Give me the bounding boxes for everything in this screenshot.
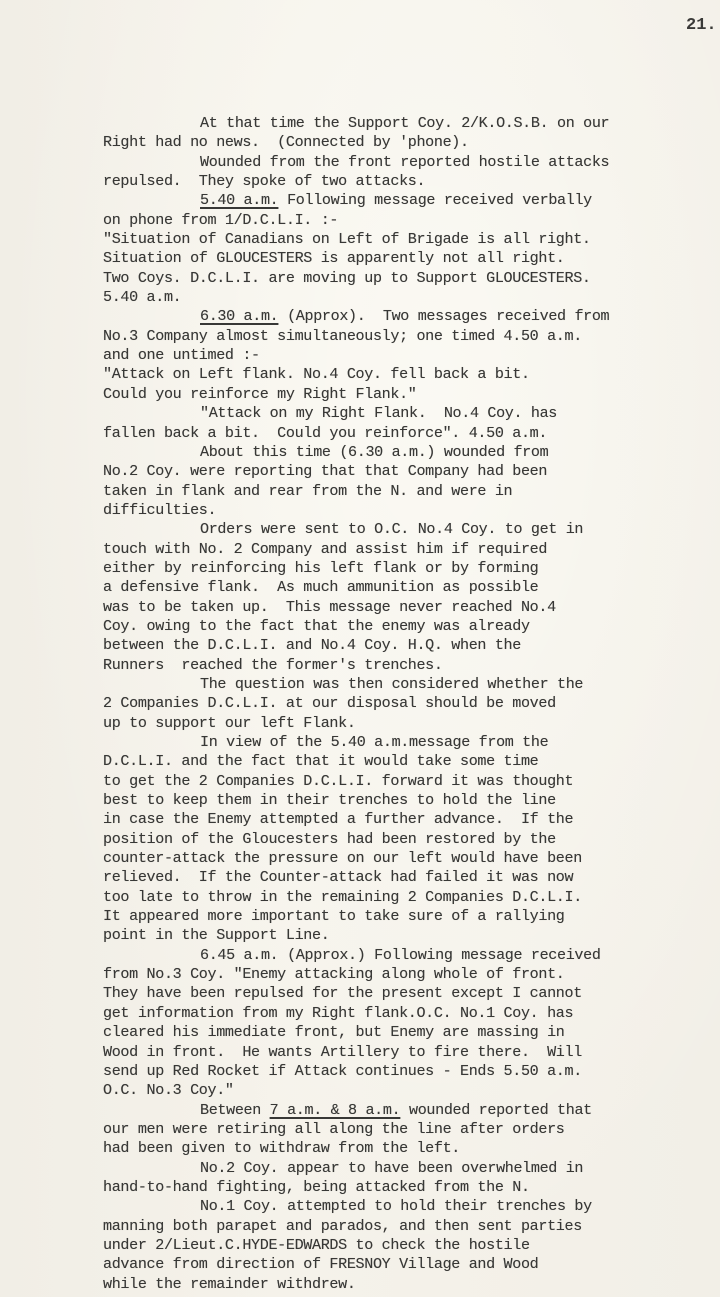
text-segment: "Attack on Left flank. No.4 Coy. fell ba… xyxy=(103,365,530,383)
text-segment: relieved. If the Counter-attack had fail… xyxy=(103,868,573,886)
text-segment: O.C. No.3 Coy." xyxy=(103,1081,234,1099)
text-segment: under 2/Lieut.C.HYDE-EDWARDS to check th… xyxy=(103,1236,530,1254)
text-segment: They have been repulsed for the present … xyxy=(103,984,582,1002)
text-segment: in case the Enemy attempted a further ad… xyxy=(103,810,573,828)
text-segment: get information from my Right flank.O.C.… xyxy=(103,1004,573,1022)
text-line: to get the 2 Companies D.C.L.I. forward … xyxy=(103,772,720,791)
text-segment: Right had no news. (Connected by 'phone)… xyxy=(103,133,469,151)
text-line: touch with No. 2 Company and assist him … xyxy=(103,540,720,559)
text-segment: either by reinforcing his left flank or … xyxy=(103,559,538,577)
text-segment: had been given to withdraw from the left… xyxy=(103,1139,460,1157)
text-line: Wood in front. He wants Artillery to fir… xyxy=(103,1043,720,1062)
text-line: About this time (6.30 a.m.) wounded from xyxy=(103,443,720,462)
underlined-time: 5.40 a.m. xyxy=(200,191,278,209)
text-line: best to keep them in their trenches to h… xyxy=(103,791,720,810)
text-line: fallen back a bit. Could you reinforce".… xyxy=(103,424,720,443)
text-segment: D.C.L.I. and the fact that it would take… xyxy=(103,752,538,770)
text-segment: hand-to-hand fighting, being attacked fr… xyxy=(103,1178,530,1196)
text-line: No.1 Coy. attempted to hold their trench… xyxy=(103,1197,720,1216)
text-segment: No.1 Coy. attempted to hold their trench… xyxy=(200,1197,592,1215)
text-line: Right had no news. (Connected by 'phone)… xyxy=(103,133,720,152)
text-line: Two Coys. D.C.L.I. are moving up to Supp… xyxy=(103,269,720,288)
text-segment: while the remainder withdrew. xyxy=(103,1275,356,1293)
typewritten-body: At that time the Support Coy. 2/K.O.S.B.… xyxy=(103,114,720,1294)
text-segment: 2 Companies D.C.L.I. at our disposal sho… xyxy=(103,694,556,712)
text-line: our men were retiring all along the line… xyxy=(103,1120,720,1139)
text-line: Between 7 a.m. & 8 a.m. wounded reported… xyxy=(103,1101,720,1120)
text-segment: It appeared more important to take sure … xyxy=(103,907,565,925)
paragraph: In view of the 5.40 a.m.message from the… xyxy=(103,733,720,946)
paragraph: No.2 Coy. appear to have been overwhelme… xyxy=(103,1159,720,1198)
text-line: manning both parapet and parados, and th… xyxy=(103,1217,720,1236)
paragraph: 6.45 a.m. (Approx.) Following message re… xyxy=(103,946,720,1101)
paragraph: Wounded from the front reported hostile … xyxy=(103,153,720,192)
text-segment: position of the Gloucesters had been res… xyxy=(103,830,556,848)
text-segment: difficulties. xyxy=(103,501,216,519)
text-line: repulsed. They spoke of two attacks. xyxy=(103,172,720,191)
text-segment: from No.3 Coy. "Enemy attacking along wh… xyxy=(103,965,565,983)
text-line: counter-attack the pressure on our left … xyxy=(103,849,720,868)
text-line: between the D.C.L.I. and No.4 Coy. H.Q. … xyxy=(103,636,720,655)
text-segment: Orders were sent to O.C. No.4 Coy. to ge… xyxy=(200,520,583,538)
text-segment: Could you reinforce my Right Flank." xyxy=(103,385,416,403)
text-line: 6.30 a.m. (Approx). Two messages receive… xyxy=(103,307,720,326)
text-segment: cleared his immediate front, but Enemy a… xyxy=(103,1023,565,1041)
text-line: point in the Support Line. xyxy=(103,926,720,945)
text-line: No.2 Coy. appear to have been overwhelme… xyxy=(103,1159,720,1178)
text-line: cleared his immediate front, but Enemy a… xyxy=(103,1023,720,1042)
text-line: hand-to-hand fighting, being attacked fr… xyxy=(103,1178,720,1197)
paragraph: Between 7 a.m. & 8 a.m. wounded reported… xyxy=(103,1101,720,1159)
text-line: difficulties. xyxy=(103,501,720,520)
text-line: position of the Gloucesters had been res… xyxy=(103,830,720,849)
text-segment: up to support our left Flank. xyxy=(103,714,356,732)
text-segment: No.3 Company almost simultaneously; one … xyxy=(103,327,582,345)
text-line: was to be taken up. This message never r… xyxy=(103,598,720,617)
text-segment: best to keep them in their trenches to h… xyxy=(103,791,556,809)
text-line: send up Red Rocket if Attack continues -… xyxy=(103,1062,720,1081)
page-number: 21. xyxy=(686,16,717,35)
text-line: too late to throw in the remaining 2 Com… xyxy=(103,888,720,907)
text-segment: Following message received verbally xyxy=(278,191,591,209)
text-segment: "Attack on my Right Flank. No.4 Coy. has xyxy=(200,404,557,422)
text-segment: on phone from 1/D.C.L.I. :- xyxy=(103,211,338,229)
paragraph: 6.30 a.m. (Approx). Two messages receive… xyxy=(103,307,720,404)
paragraph: "Attack on my Right Flank. No.4 Coy. has… xyxy=(103,404,720,443)
text-segment: 5.40 a.m. xyxy=(103,288,181,306)
text-segment: advance from direction of FRESNOY Villag… xyxy=(103,1255,538,1273)
text-line: taken in flank and rear from the N. and … xyxy=(103,482,720,501)
text-line: either by reinforcing his left flank or … xyxy=(103,559,720,578)
text-segment: manning both parapet and parados, and th… xyxy=(103,1217,582,1235)
text-line: in case the Enemy attempted a further ad… xyxy=(103,810,720,829)
document-page: 21. At that time the Support Coy. 2/K.O.… xyxy=(0,0,720,1297)
text-line: They have been repulsed for the present … xyxy=(103,984,720,1003)
text-segment: (Approx). Two messages received from xyxy=(278,307,609,325)
text-segment: No.2 Coy. appear to have been overwhelme… xyxy=(200,1159,583,1177)
text-line: up to support our left Flank. xyxy=(103,714,720,733)
text-line: under 2/Lieut.C.HYDE-EDWARDS to check th… xyxy=(103,1236,720,1255)
text-segment: Runners reached the former's trenches. xyxy=(103,656,443,674)
text-segment: Wood in front. He wants Artillery to fir… xyxy=(103,1043,582,1061)
text-line: No.3 Company almost simultaneously; one … xyxy=(103,327,720,346)
text-line: on phone from 1/D.C.L.I. :- xyxy=(103,211,720,230)
underlined-time: 6.30 a.m. xyxy=(200,307,278,325)
text-segment: repulsed. They spoke of two attacks. xyxy=(103,172,425,190)
text-line: 5.40 a.m. xyxy=(103,288,720,307)
text-segment: too late to throw in the remaining 2 Com… xyxy=(103,888,582,906)
text-segment: At that time the Support Coy. 2/K.O.S.B.… xyxy=(200,114,609,132)
text-segment: and one untimed :- xyxy=(103,346,260,364)
text-line: relieved. If the Counter-attack had fail… xyxy=(103,868,720,887)
text-line: D.C.L.I. and the fact that it would take… xyxy=(103,752,720,771)
text-line: O.C. No.3 Coy." xyxy=(103,1081,720,1100)
text-segment: "Situation of Canadians on Left of Briga… xyxy=(103,230,591,248)
text-segment: was to be taken up. This message never r… xyxy=(103,598,556,616)
text-segment: our men were retiring all along the line… xyxy=(103,1120,565,1138)
paragraph: The question was then considered whether… xyxy=(103,675,720,733)
text-segment: wounded reported that xyxy=(400,1101,592,1119)
text-line: had been given to withdraw from the left… xyxy=(103,1139,720,1158)
text-segment: Wounded from the front reported hostile … xyxy=(200,153,609,171)
text-line: "Attack on Left flank. No.4 Coy. fell ba… xyxy=(103,365,720,384)
text-segment: No.2 Coy. were reporting that that Compa… xyxy=(103,462,547,480)
text-segment: counter-attack the pressure on our left … xyxy=(103,849,582,867)
text-line: 2 Companies D.C.L.I. at our disposal sho… xyxy=(103,694,720,713)
text-line: Wounded from the front reported hostile … xyxy=(103,153,720,172)
text-line: Orders were sent to O.C. No.4 Coy. to ge… xyxy=(103,520,720,539)
text-segment: The question was then considered whether… xyxy=(200,675,583,693)
text-line: "Attack on my Right Flank. No.4 Coy. has xyxy=(103,404,720,423)
text-segment: Two Coys. D.C.L.I. are moving up to Supp… xyxy=(103,269,591,287)
paragraph: At that time the Support Coy. 2/K.O.S.B.… xyxy=(103,114,720,153)
text-line: a defensive flank. As much ammunition as… xyxy=(103,578,720,597)
underlined-time: 7 a.m. & 8 a.m. xyxy=(270,1101,401,1119)
paragraph: No.1 Coy. attempted to hold their trench… xyxy=(103,1197,720,1294)
text-segment: a defensive flank. As much ammunition as… xyxy=(103,578,538,596)
text-segment: between the D.C.L.I. and No.4 Coy. H.Q. … xyxy=(103,636,521,654)
text-segment: taken in flank and rear from the N. and … xyxy=(103,482,512,500)
text-segment: 6.45 a.m. (Approx.) Following message re… xyxy=(200,946,601,964)
text-line: No.2 Coy. were reporting that that Compa… xyxy=(103,462,720,481)
text-segment: fallen back a bit. Could you reinforce".… xyxy=(103,424,547,442)
text-line: At that time the Support Coy. 2/K.O.S.B.… xyxy=(103,114,720,133)
text-line: advance from direction of FRESNOY Villag… xyxy=(103,1255,720,1274)
text-line: Situation of GLOUCESTERS is apparently n… xyxy=(103,249,720,268)
paragraph: 5.40 a.m. Following message received ver… xyxy=(103,191,720,307)
text-segment: Coy. owing to the fact that the enemy wa… xyxy=(103,617,530,635)
text-line: It appeared more important to take sure … xyxy=(103,907,720,926)
paragraph: About this time (6.30 a.m.) wounded from… xyxy=(103,443,720,520)
text-line: 6.45 a.m. (Approx.) Following message re… xyxy=(103,946,720,965)
text-line: 5.40 a.m. Following message received ver… xyxy=(103,191,720,210)
text-line: from No.3 Coy. "Enemy attacking along wh… xyxy=(103,965,720,984)
text-segment: to get the 2 Companies D.C.L.I. forward … xyxy=(103,772,573,790)
text-segment: point in the Support Line. xyxy=(103,926,329,944)
text-line: get information from my Right flank.O.C.… xyxy=(103,1004,720,1023)
paragraph: Orders were sent to O.C. No.4 Coy. to ge… xyxy=(103,520,720,675)
text-line: Could you reinforce my Right Flank." xyxy=(103,385,720,404)
text-segment: Situation of GLOUCESTERS is apparently n… xyxy=(103,249,565,267)
text-line: "Situation of Canadians on Left of Briga… xyxy=(103,230,720,249)
text-segment: Between xyxy=(200,1101,270,1119)
text-line: Runners reached the former's trenches. xyxy=(103,656,720,675)
text-segment: send up Red Rocket if Attack continues -… xyxy=(103,1062,582,1080)
text-line: and one untimed :- xyxy=(103,346,720,365)
text-line: In view of the 5.40 a.m.message from the xyxy=(103,733,720,752)
text-line: while the remainder withdrew. xyxy=(103,1275,720,1294)
text-segment: In view of the 5.40 a.m.message from the xyxy=(200,733,548,751)
text-segment: About this time (6.30 a.m.) wounded from xyxy=(200,443,548,461)
text-line: Coy. owing to the fact that the enemy wa… xyxy=(103,617,720,636)
text-segment: touch with No. 2 Company and assist him … xyxy=(103,540,547,558)
text-line: The question was then considered whether… xyxy=(103,675,720,694)
